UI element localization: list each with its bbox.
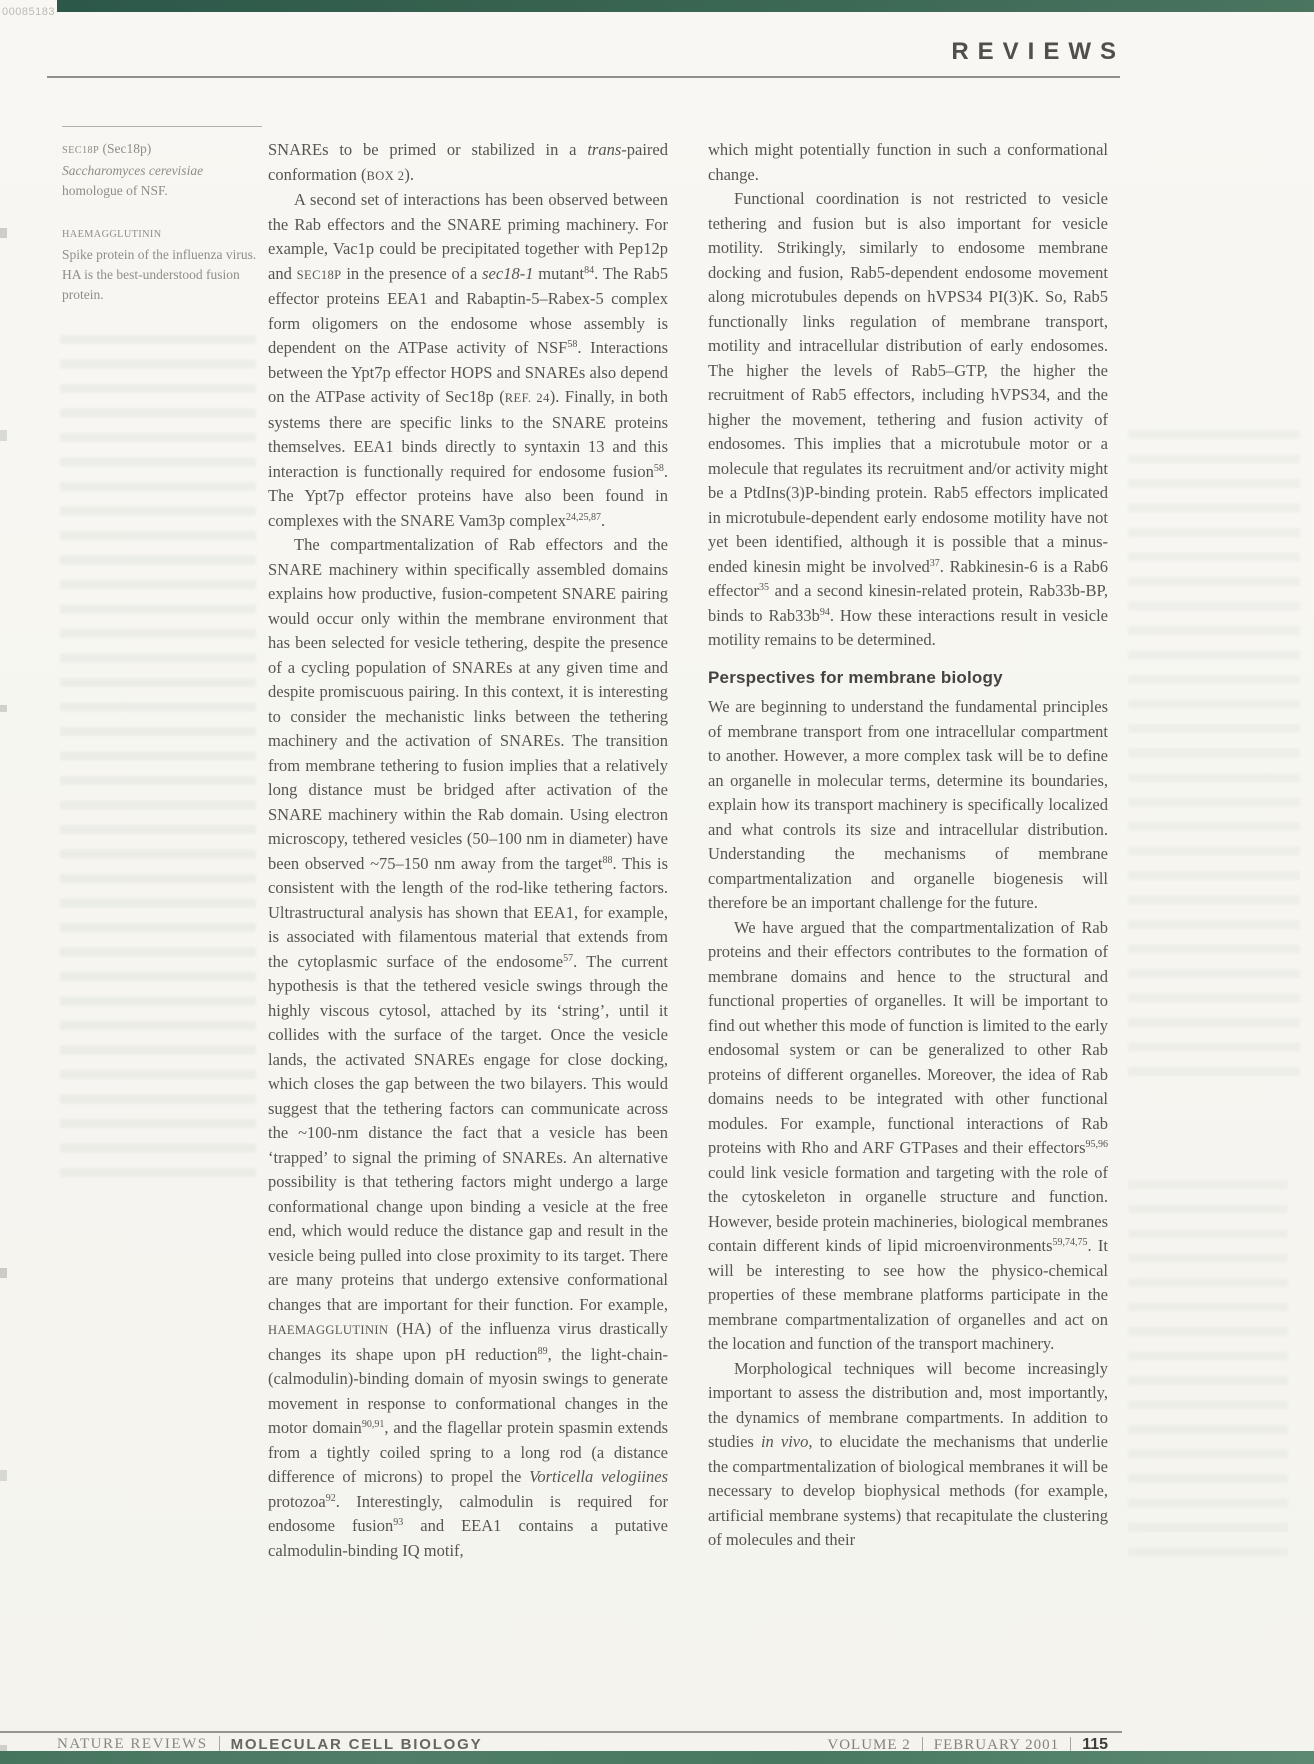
- text-run: SEC18P: [297, 268, 342, 282]
- glossary-term: SEC18P (Sec18p): [62, 139, 262, 161]
- scan-serial-number: 00085183: [2, 6, 55, 18]
- text-run: could link vesicle formation and targeti…: [708, 1163, 1108, 1256]
- text-run: We have argued that the compartmentaliza…: [708, 918, 1108, 1158]
- text-run: SNAREs to be primed or stabilized in a: [268, 140, 587, 159]
- reference-superscript: 57: [563, 953, 573, 964]
- footer-rule: [0, 1731, 1122, 1733]
- section-heading: Perspectives for membrane biology: [708, 666, 1108, 691]
- glossary-definition: Saccharomyces cerevisiae homologue of NS…: [62, 161, 262, 201]
- bleedthrough-artifact: [1128, 430, 1300, 1090]
- scan-edge-top-bar: [57, 0, 1314, 12]
- glossary-sidebar: SEC18P (Sec18p) Saccharomyces cerevisiae…: [62, 126, 262, 327]
- reference-superscript: 35: [759, 582, 769, 593]
- text-run: protozoa: [268, 1492, 326, 1511]
- text-run: mutant: [533, 264, 584, 283]
- reference-superscript: 88: [602, 855, 612, 866]
- glossary-term: HAEMAGGLUTININ: [62, 223, 262, 245]
- scan-edge-bottom-bar: [0, 1751, 1314, 1764]
- text-run: SEC18P: [62, 145, 99, 156]
- glossary-rule: [62, 126, 262, 127]
- glossary-definition: Spike protein of the influenza virus. HA…: [62, 245, 262, 305]
- journal-page: 00085183 REVIEWS SEC18P (Sec18p) Sacchar…: [0, 0, 1314, 1764]
- paragraph: The compartmentalization of Rab effector…: [268, 533, 668, 1563]
- text-run: ).: [404, 165, 414, 184]
- text-run: which might potentially function in such…: [708, 140, 1108, 184]
- text-run: . The current hypothesis is that the tet…: [268, 952, 668, 1314]
- reference-superscript: 94: [820, 607, 830, 618]
- reference-superscript: 24,25,87: [566, 512, 601, 523]
- text-run: in vivo: [761, 1432, 808, 1451]
- text-run: trans: [587, 140, 621, 159]
- text-run: sec18-1: [482, 264, 533, 283]
- text-run: The compartmentalization of Rab effector…: [268, 535, 668, 873]
- paragraph: which might potentially function in such…: [708, 138, 1108, 187]
- text-run: Spike protein of the influenza virus. HA…: [62, 247, 256, 302]
- paragraph: Functional coordination is not restricte…: [708, 187, 1108, 653]
- paragraph: SNAREs to be primed or stabilized in a t…: [268, 138, 668, 188]
- paragraph: We have argued that the compartmentaliza…: [708, 916, 1108, 1357]
- text-run: (Sec18p): [99, 141, 151, 156]
- reference-superscript: 89: [538, 1346, 548, 1357]
- paragraph: We are beginning to understand the funda…: [708, 695, 1108, 916]
- paragraph: A second set of interactions has been ob…: [268, 188, 668, 533]
- text-column-left: SNAREs to be primed or stabilized in a t…: [268, 138, 668, 1563]
- header-rule: [47, 76, 1120, 78]
- reference-superscript: 59,74,75: [1053, 1237, 1088, 1248]
- reference-superscript: 92: [326, 1493, 336, 1504]
- text-run: REF. 24: [505, 391, 550, 405]
- text-run: HAEMAGGLUTININ: [62, 229, 162, 240]
- text-run: .: [601, 511, 605, 530]
- bleedthrough-artifact: [1128, 1180, 1288, 1560]
- text-run: HAEMAGGLUTININ: [268, 1323, 388, 1337]
- text-run: We are beginning to understand the funda…: [708, 697, 1108, 912]
- reference-superscript: 58: [654, 463, 664, 474]
- reference-superscript: 58: [567, 339, 577, 350]
- text-run: in the presence of a: [342, 264, 483, 283]
- reference-superscript: 37: [930, 558, 940, 569]
- text-run: Saccharomyces cerevisiae: [62, 163, 203, 178]
- reference-superscript: 84: [584, 265, 594, 276]
- reference-superscript: 95,96: [1086, 1139, 1109, 1150]
- text-run: homologue of NSF.: [62, 183, 168, 198]
- text-run: Vorticella velogiines: [529, 1467, 668, 1486]
- reference-superscript: 90,91: [362, 1419, 385, 1430]
- scan-edge-noise: [0, 0, 7, 1764]
- text-column-right: which might potentially function in such…: [708, 138, 1108, 1553]
- running-head-reviews: REVIEWS: [951, 38, 1125, 66]
- bleedthrough-artifact: [60, 335, 256, 1180]
- paragraph: Morphological techniques will become inc…: [708, 1357, 1108, 1553]
- text-run: BOX 2: [367, 169, 405, 183]
- text-run: Functional coordination is not restricte…: [708, 189, 1108, 576]
- reference-superscript: 93: [393, 1517, 403, 1528]
